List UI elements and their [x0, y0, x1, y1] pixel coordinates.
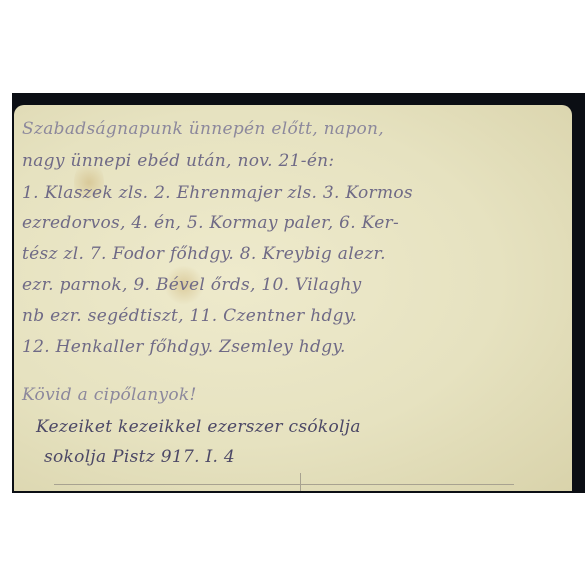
handwriting-line: ezr. parnok, 9. Bével őrds, 10. Vilaghy: [22, 275, 362, 295]
handwriting-line: nagy ünnepi ebéd után, nov. 21-én:: [22, 151, 334, 171]
handwriting-line: tész zl. 7. Fodor főhdgy. 8. Kreybig ale…: [22, 244, 386, 264]
handwriting-line: 12. Henkaller főhdgy. Zsemley hdgy.: [22, 337, 346, 357]
handwriting-line: sokolja Pistz 917. I. 4: [44, 447, 235, 467]
handwriting-line: Kezeiket kezeikkel ezerszer csókolja: [36, 417, 361, 437]
handwriting-line: 1. Klaszek zls. 2. Ehrenmajer zls. 3. Ko…: [22, 183, 413, 203]
handwriting-line: ezredorvos, 4. én, 5. Kormay paler, 6. K…: [22, 213, 399, 233]
printed-divider-tick: [300, 473, 301, 491]
handwriting-line: Kövid a cipőlanyok!: [22, 385, 197, 405]
printed-address-rule: [54, 484, 514, 485]
handwriting-line: Szabadságnapunk ünnepén előtt, napon,: [22, 119, 384, 139]
postcard: Szabadságnapunk ünnepén előtt, napon, na…: [14, 105, 572, 491]
handwriting-line: nb ezr. segédtiszt, 11. Czentner hdgy.: [22, 306, 357, 326]
